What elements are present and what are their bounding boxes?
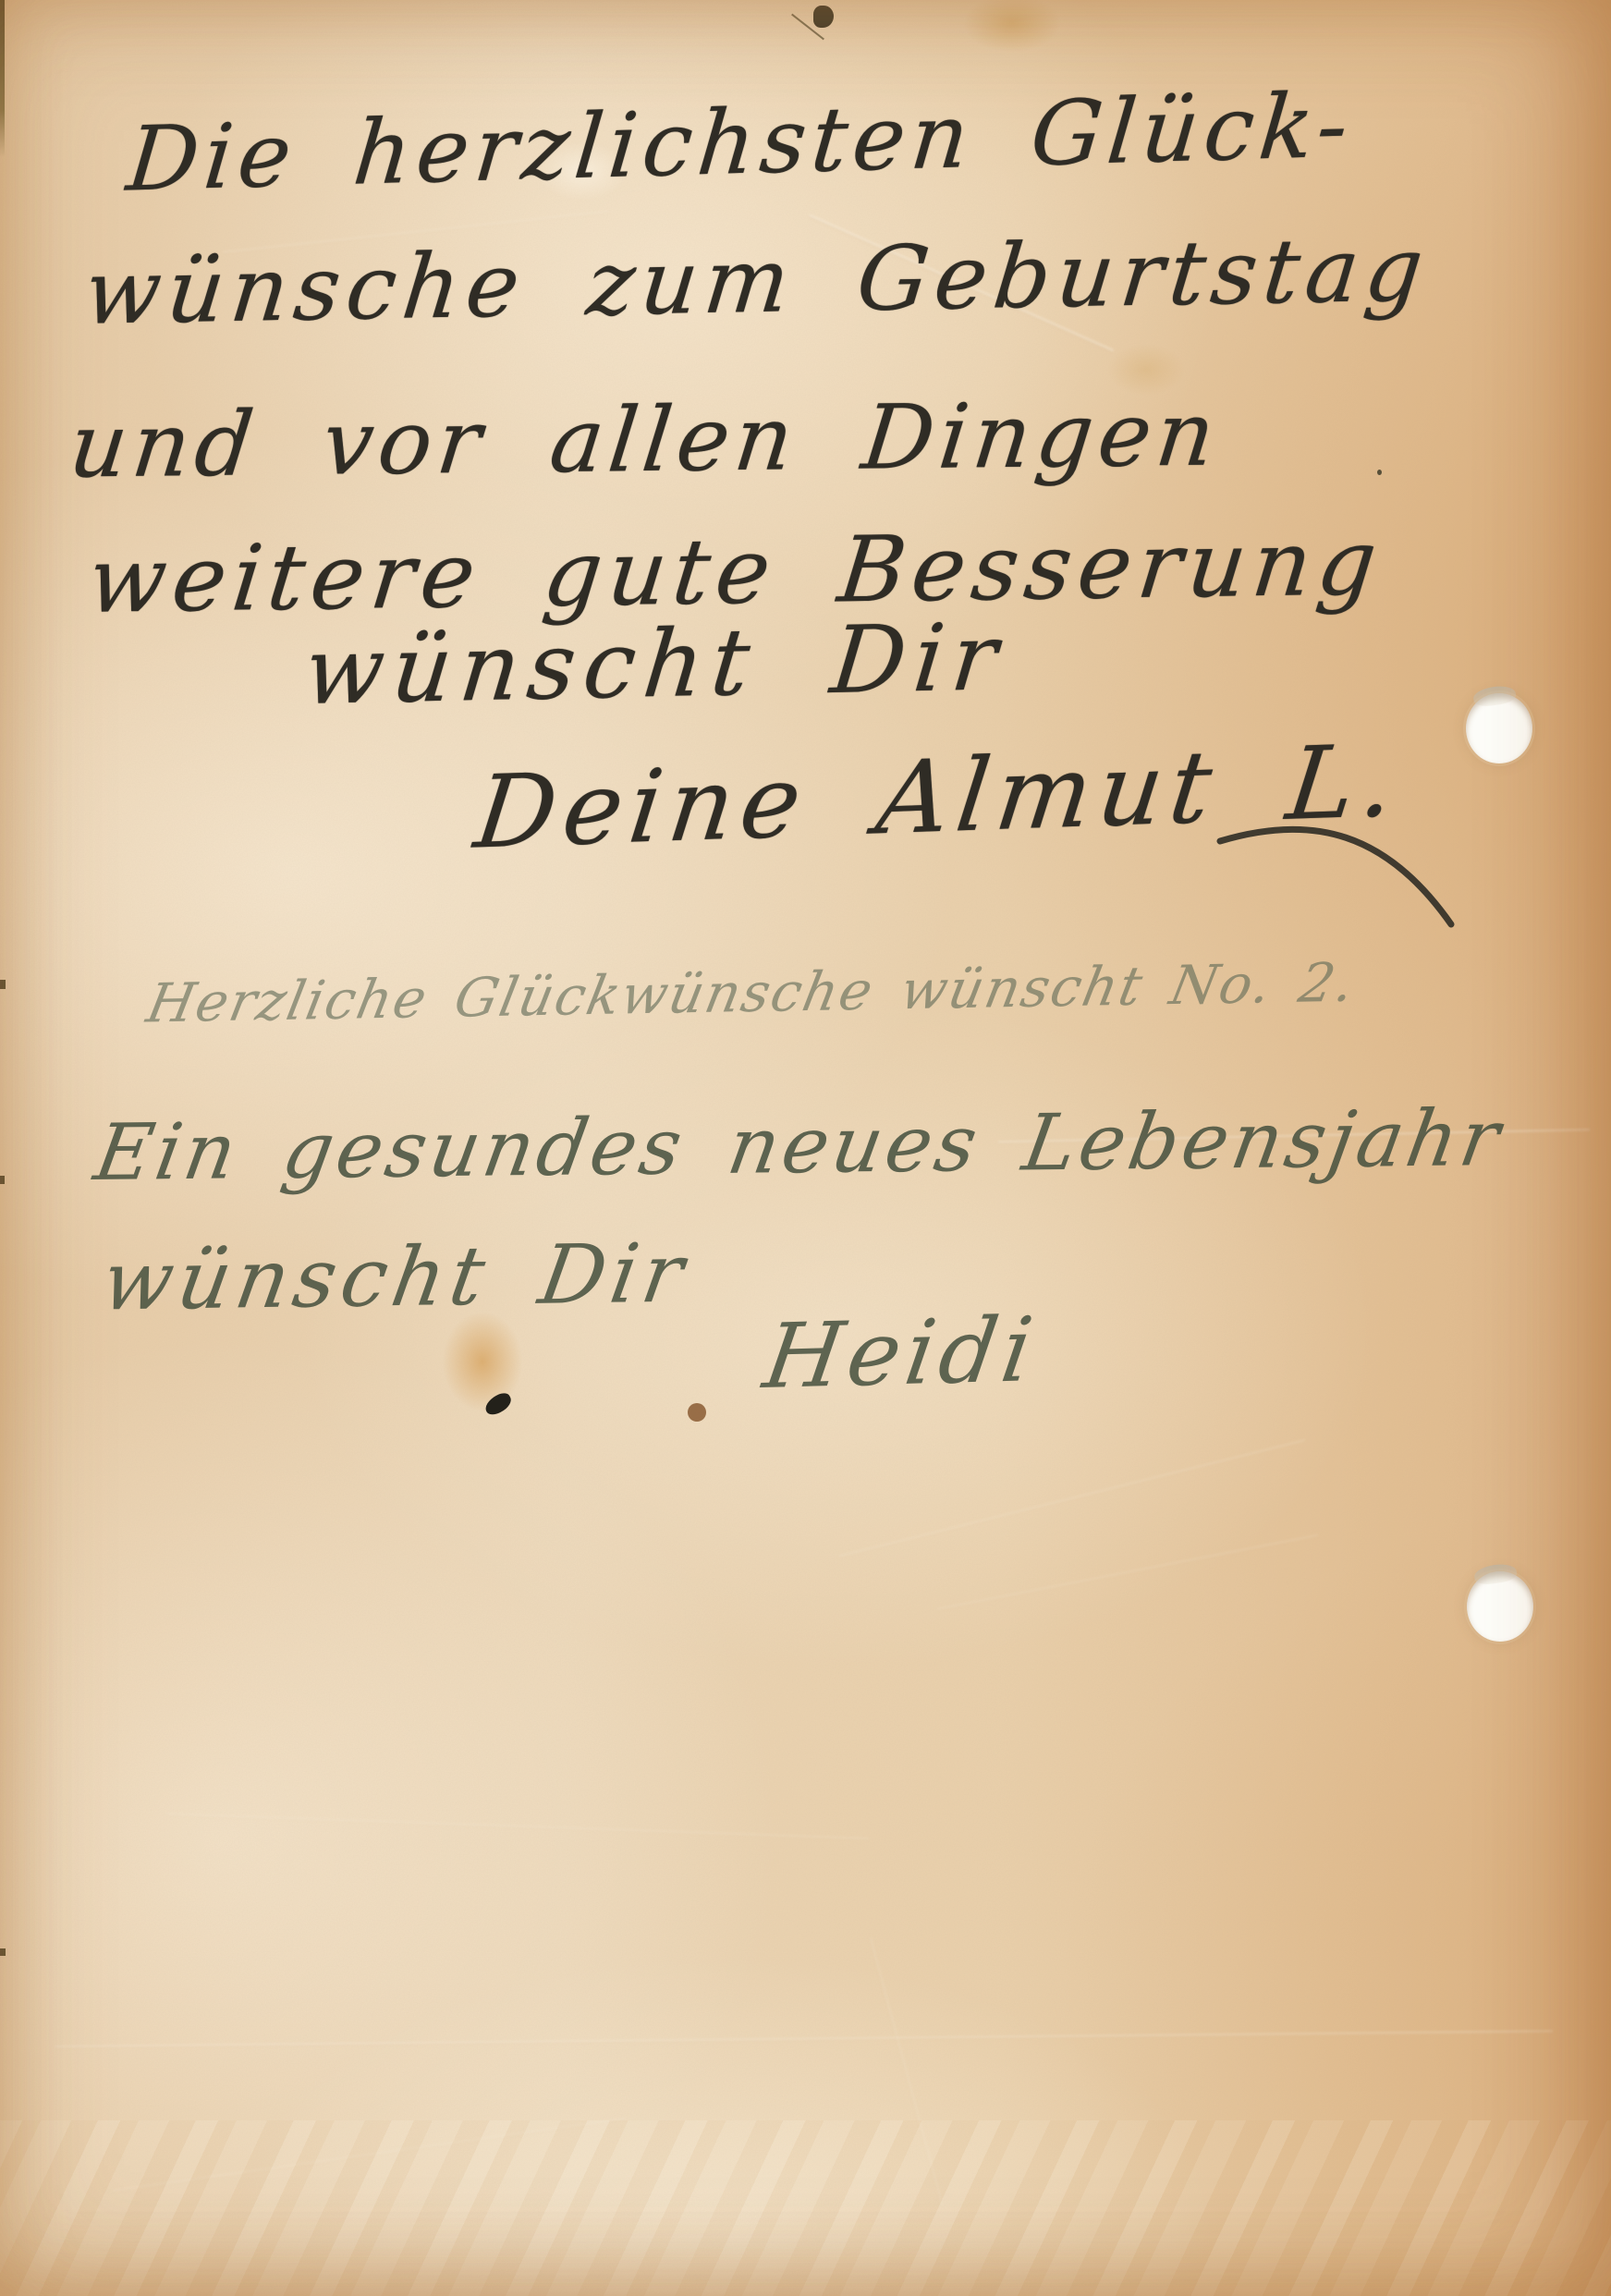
ink-blot [482,1390,515,1418]
handwritten-line: wünscht Dir [299,603,1010,726]
speck [0,980,6,989]
crinkled-bottom-edge [0,2120,1611,2296]
punch-hole-top [1466,693,1532,763]
speck [0,1176,5,1184]
speck [1377,470,1382,475]
speck [0,1948,6,1956]
handwritten-line: Ein gesundes neues Lebensjahr [89,1093,1509,1198]
handwritten-line: Die herzlichsten Glück- [123,73,1358,211]
stain [688,1403,706,1422]
letter-page: Die herzlichsten Glück- wünsche zum Gebu… [0,0,1611,2296]
crease [838,1439,1305,1558]
stain [943,0,1081,65]
scan-edge-artifact [0,0,5,157]
handwritten-line: wünscht Dir [96,1225,696,1328]
handwritten-line: wünsche zum Geburtstag [79,217,1434,345]
crease [114,2118,627,2192]
handwritten-line: Herzliche Glückwünsche wünscht No. 2. [141,950,1361,1034]
punch-hole-bottom [1467,1571,1533,1642]
crease [166,1814,869,1841]
signature: Heidi [758,1298,1044,1409]
crease [937,1534,1319,1611]
scratch-mark [791,14,824,41]
crease [869,1937,944,2206]
crease [55,2031,1553,2049]
signature: Deine Almut L. [470,723,1409,872]
ink-blot [813,6,834,28]
handwritten-line: und vor allen Dingen [65,382,1226,497]
